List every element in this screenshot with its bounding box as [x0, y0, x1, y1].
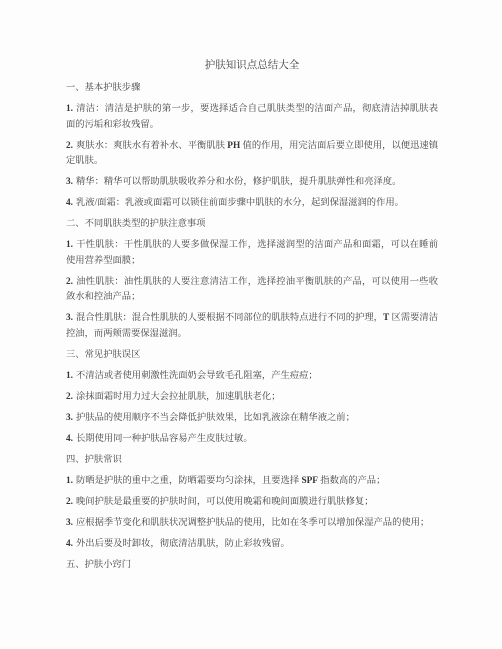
list-item: 4.长期使用同一种护肤品容易产生皮肤过敏。 [66, 432, 438, 448]
item-number: 4. [66, 434, 73, 444]
item-number: 4. [66, 198, 73, 208]
item-text: 护肤品的使用顺序不当会降低护肤效果，比如乳液涂在精华液之前； [76, 413, 355, 423]
item-text: 精华：精华可以帮助肌肤吸收养分和水份，修护肌肤，提升肌肤弹性和亮泽度。 [76, 177, 401, 187]
item-number: 2. [66, 141, 73, 151]
item-text-after: 指数高的产品； [318, 476, 385, 486]
item-number: 3. [66, 313, 73, 323]
item-latin-text: SPF [301, 476, 318, 486]
item-text: 乳液/面霜：乳液或面霜可以锁住前面步骤中肌肤的水分，起到保湿滋润的作用。 [76, 198, 404, 208]
item-text: 清洁：清洁是护肤的第一步，要选择适合自己肌肤类型的洁面产品，彻底清洁掉肌肤表面的… [66, 104, 438, 130]
item-number: 3. [66, 518, 73, 528]
list-item: 1.防晒是护肤的重中之重，防晒霜要均匀涂抹，且要选择 SPF 指数高的产品； [66, 474, 438, 490]
list-item: 4.外出后要及时卸妆，彻底清洁肌肤，防止彩妆残留。 [66, 537, 438, 553]
list-item: 3.精华：精华可以帮助肌肤吸收养分和水份，修护肌肤，提升肌肤弹性和亮泽度。 [66, 175, 438, 191]
list-item: 2.晚间护肤是最重要的护肤时间，可以使用晚霜和晚间面膜进行肌肤修复； [66, 495, 438, 511]
list-item: 2.爽肤水：爽肤水有着补水、平衡肌肤 PH 值的作用，用完洁面后要立即使用，以便… [66, 139, 438, 170]
item-text: 应根据季节变化和肌肤状况调整护肤品的使用，比如在冬季可以增加保湿产品的使用； [76, 518, 429, 528]
item-text: 防晒是护肤的重中之重，防晒霜要均匀涂抹，且要选择 [76, 476, 301, 486]
item-text: 不清洁或者使用刺激性洗面奶会导致毛孔阻塞，产生痘痘； [76, 371, 318, 381]
list-item: 2.涂抹面霜时用力过大会拉扯肌肤，加速肌肤老化； [66, 390, 438, 406]
section-heading: 四、护肤常识 [66, 453, 438, 469]
list-item: 1.不清洁或者使用刺激性洗面奶会导致毛孔阻塞，产生痘痘； [66, 369, 438, 385]
item-text: 晚间护肤是最重要的护肤时间，可以使用晚霜和晚间面膜进行肌肤修复； [76, 497, 374, 507]
list-item: 2.油性肌肤：油性肌肤的人要注意清洁工作，选择控油平衡肌肤的产品，可以使用一些收… [66, 275, 438, 306]
item-number: 3. [66, 177, 73, 187]
section-heading: 五、护肤小窍门 [66, 558, 438, 574]
list-item: 1.清洁：清洁是护肤的第一步，要选择适合自己肌肤类型的洁面产品，彻底清洁掉肌肤表… [66, 102, 438, 133]
section-heading: 二、不同肌肤类型的护肤注意事项 [66, 217, 438, 233]
item-number: 4. [66, 539, 73, 549]
item-number: 1. [66, 240, 73, 250]
item-text: 涂抹面霜时用力过大会拉扯肌肤，加速肌肤老化； [76, 392, 281, 402]
document-page: 护肤知识点总结大全 一、基本护肤步骤 1.清洁：清洁是护肤的第一步，要选择适合自… [0, 0, 502, 649]
list-item: 1.干性肌肤：干性肌肤的人要多做保湿工作，选择滋润型的洁面产品和面霜，可以在睡前… [66, 238, 438, 269]
item-text: 外出后要及时卸妆，彻底清洁肌肤，防止彩妆残留。 [76, 539, 290, 549]
section-heading: 三、常见护肤误区 [66, 348, 438, 364]
item-number: 2. [66, 277, 73, 287]
item-latin-text: PH [227, 141, 240, 151]
section-heading: 一、基本护肤步骤 [66, 81, 438, 97]
item-number: 2. [66, 392, 73, 402]
item-number: 1. [66, 371, 73, 381]
item-number: 3. [66, 413, 73, 423]
list-item: 3.护肤品的使用顺序不当会降低护肤效果，比如乳液涂在精华液之前； [66, 411, 438, 427]
item-text: 爽肤水：爽肤水有着补水、平衡肌肤 [76, 141, 227, 151]
item-text: 长期使用同一种护肤品容易产生皮肤过敏。 [76, 434, 253, 444]
item-text: 混合性肌肤：混合性肌肤的人要根据不同部位的肌肤特点进行不同的护理， [76, 313, 383, 323]
item-number: 1. [66, 476, 73, 486]
list-item: 3.应根据季节变化和肌肤状况调整护肤品的使用，比如在冬季可以增加保湿产品的使用； [66, 516, 438, 532]
item-text: 油性肌肤：油性肌肤的人要注意清洁工作，选择控油平衡肌肤的产品，可以使用一些收敛水… [66, 277, 438, 303]
document-title: 护肤知识点总结大全 [66, 58, 438, 74]
list-item: 4.乳液/面霜：乳液或面霜可以锁住前面步骤中肌肤的水分，起到保湿滋润的作用。 [66, 196, 438, 212]
item-text: 干性肌肤：干性肌肤的人要多做保湿工作，选择滋润型的洁面产品和面霜，可以在睡前使用… [66, 240, 438, 266]
list-item: 3.混合性肌肤：混合性肌肤的人要根据不同部位的肌肤特点进行不同的护理，T 区需要… [66, 311, 438, 342]
item-number: 1. [66, 104, 73, 114]
item-number: 2. [66, 497, 73, 507]
